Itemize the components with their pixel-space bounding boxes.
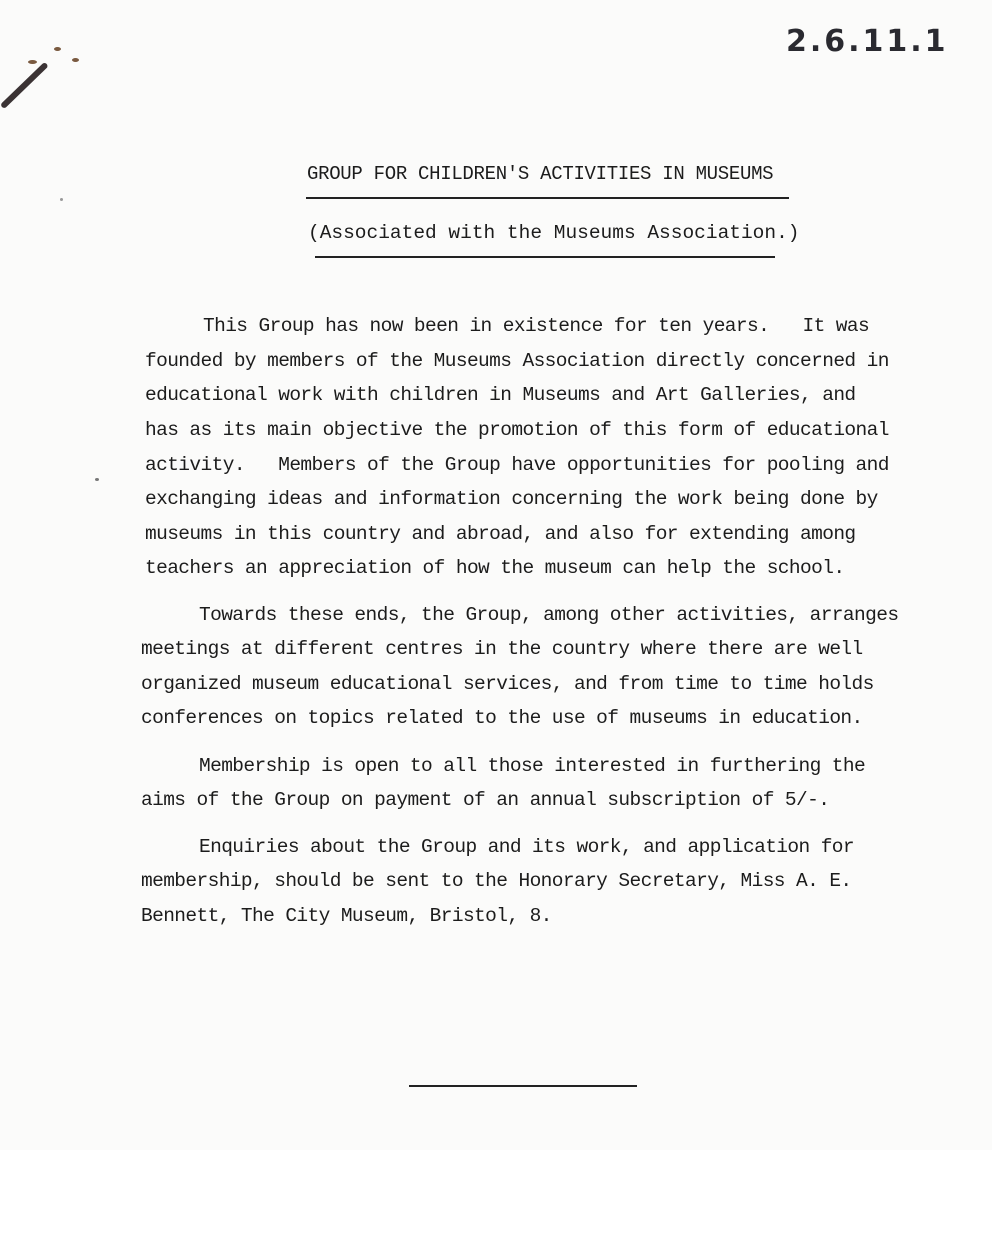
paragraph-4-line-3: Bennett, The City Museum, Bristol, 8. [141,905,552,927]
paragraph-3-line-1: Membership is open to all those interest… [199,755,865,777]
paragraph-1-line-6: exchanging ideas and information concern… [145,488,878,510]
paragraph-1-line-8: teachers an appreciation of how the muse… [145,557,844,579]
ink-speck [60,198,63,201]
document-subtitle: (Associated with the Museums Association… [308,222,799,244]
title-underline [306,197,789,199]
paragraph-2-line-2: meetings at different centres in the cou… [141,638,863,660]
paragraph-1-line-2: founded by members of the Museums Associ… [145,350,889,372]
paragraph-2-line-1: Towards these ends, the Group, among oth… [199,604,898,626]
paragraph-2-line-3: organized museum educational services, a… [141,673,874,695]
subtitle-underline [315,256,775,258]
paragraph-4-line-1: Enquiries about the Group and its work, … [199,836,854,858]
ink-speck [72,58,79,62]
paragraph-2-line-4: conferences on topics related to the use… [141,707,863,729]
closing-divider [409,1085,637,1087]
paragraph-3-line-2: aims of the Group on payment of an annua… [141,789,829,811]
paragraph-1-line-3: educational work with children in Museum… [145,384,856,406]
document-page: 2.6.11.1 GROUP FOR CHILDREN'S ACTIVITIES… [0,0,992,1150]
paragraph-4-line-2: membership, should be sent to the Honora… [141,870,852,892]
paragraph-1-line-4: has as its main objective the promotion … [145,419,889,441]
page-background [0,1150,992,1250]
pencil-mark [0,62,49,109]
ink-speck [95,478,99,481]
ink-speck [54,47,61,51]
document-title: GROUP FOR CHILDREN'S ACTIVITIES IN MUSEU… [307,163,773,185]
handwritten-reference-number: 2.6.11.1 [786,24,949,59]
ink-speck [28,60,37,64]
paragraph-1-line-7: museums in this country and abroad, and … [145,523,856,545]
paragraph-1-line-1: This Group has now been in existence for… [203,315,869,337]
paragraph-1-line-5: activity. Members of the Group have oppo… [145,454,889,476]
